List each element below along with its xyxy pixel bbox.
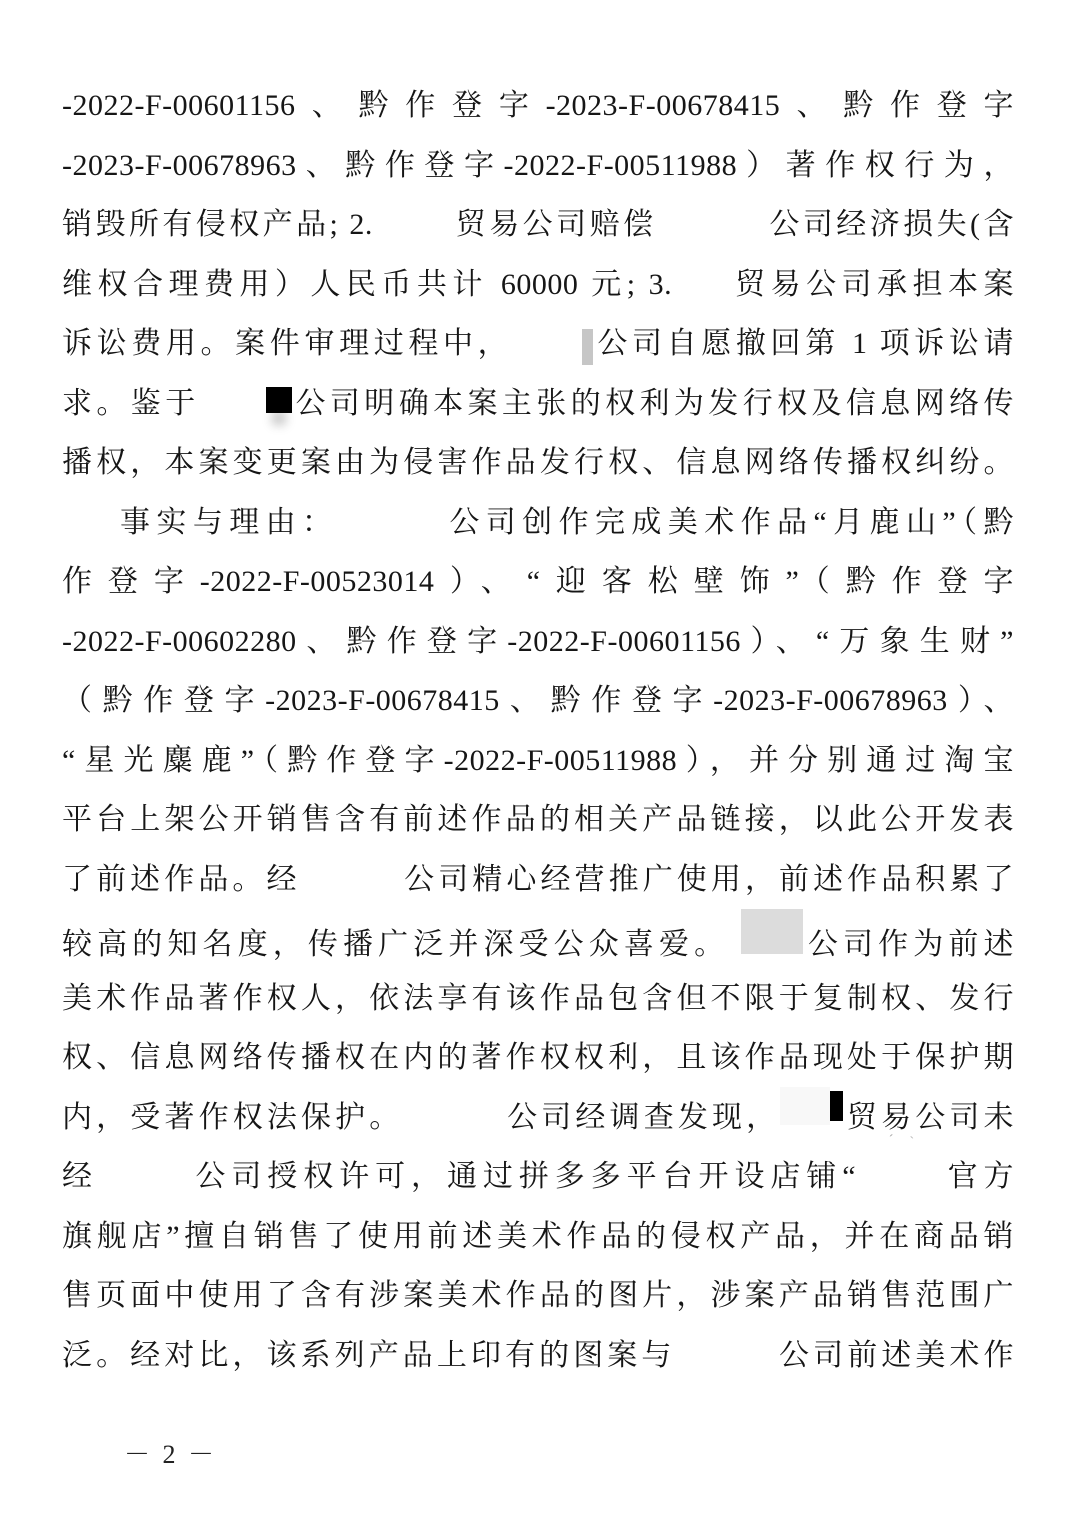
text-run: 维权合理费用）人民币共计 60000 元; 3. [62,268,672,301]
text-line: 权、信息网络传播权在内的著作权权利，且该作品现处于保护期 [62,1028,1014,1088]
text-line: 诉讼费用。案件审理过程中，公司自愿撤回第 1 项诉讼请 [62,314,1014,374]
text-run: 公司作为前述 [803,928,1014,961]
redacted-blank [656,228,766,234]
text-line: 维权合理费用）人民币共计 60000 元; 3.贸易公司承担本案 [62,255,1014,315]
text-run: 平台上架公开销售含有前述作品的相关产品链接，以此公开发表 [62,803,1014,836]
text-run: 内，受著作权法保护。 [62,1101,403,1134]
faint-marks-remnant [856,1180,942,1186]
text-run: 贸易公司承担本案 [730,268,1014,301]
redacted-blank [200,407,266,413]
text-run: 泛。经对比，该系列产品上印有的图案与 [62,1339,675,1372]
text-line: -2022-F-00602280、黔作登字-2022-F-00601156）、“… [62,612,1014,672]
text-line: （黔作登字-2023-F-00678415、黔作登字-2023-F-006789… [62,671,1014,731]
redacted-blank [338,526,443,532]
text-run: 公司创作完成美术作品“月鹿山”（黔 [443,506,1014,539]
text-run: 播权，本案变更案由为侵害作品发行权、信息网络传播权纠纷。 [62,446,1014,479]
page-number: － 2 － [124,1434,217,1471]
text-run: （黔作登字-2023-F-00678415、黔作登字-2023-F-006789… [62,684,1014,717]
text-line: 内，受著作权法保护。公司经调查发现，贸易公司未 [62,1088,1014,1148]
text-run: 贸易公司未 [843,1101,1014,1134]
text-run: -2022-F-00601156、黔作登字-2023-F-00678415、黔作… [62,89,1014,122]
text-line: 销毁所有侵权产品; 2.贸易公司赔偿公司经济损失(含 [62,195,1014,255]
text-run: 经 [62,1160,98,1193]
text-run: 公司经济损失(含 [766,208,1014,241]
text-run: 公司精心经营推广使用，前述作品积累了 [401,863,1014,896]
gray-redaction-mark [582,329,593,365]
document-lines: -2022-F-00601156、黔作登字-2023-F-00678415、黔作… [62,76,1014,1385]
text-run: 公司明确本案主张的权利为发行权及信息网络传 [292,387,1014,420]
text-run: 官方 [942,1160,1014,1193]
text-run: 了前述作品。经 [62,863,301,896]
redacted-blank [373,228,453,234]
text-run: 较高的知名度，传播广泛并深受公众喜爱。 [62,928,729,961]
text-line: 美术作品著作权人，依法享有该作品包含但不限于复制权、发行 [62,969,1014,1029]
text-run: -2023-F-00678963、黔作登字-2022-F-00511988）著作… [62,149,1014,182]
text-line: 较高的知名度，传播广泛并深受公众喜爱。公司作为前述 [62,909,1014,969]
text-line: 事实与理由：公司创作完成美术作品“月鹿山”（黔 [62,493,1014,553]
text-line: -2023-F-00678963、黔作登字-2022-F-00511988）著作… [62,136,1014,196]
black-redaction-mark [830,1091,843,1121]
text-line: 经公司授权许可，通过拼多多平台开设店铺“官方 [62,1147,1014,1207]
text-line: 旗舰店”擅自销售了使用前述美术作品的侵权产品，并在商品销 [62,1207,1014,1267]
redacted-blank [98,1180,190,1186]
black-redaction-mark [266,387,292,413]
gray-redaction-box [741,909,803,954]
redacted-blank [512,347,582,353]
text-run: 美术作品著作权人，依法享有该作品包含但不限于复制权、发行 [62,982,1014,1015]
text-run: 贸易公司赔偿 [453,208,657,241]
text-line: -2022-F-00601156、黔作登字-2023-F-00678415、黔作… [62,76,1014,136]
text-run: 销毁所有侵权产品; 2. [62,208,373,241]
text-run: 权、信息网络传播权在内的著作权权利，且该作品现处于保护期 [62,1041,1014,1074]
text-run: 售页面中使用了含有涉案美术作品的图片，涉案产品销售范围广 [62,1279,1014,1312]
text-run: 公司前述美术作 [775,1339,1014,1372]
text-line: 求。鉴于公司明确本案主张的权利为发行权及信息网络传 [62,374,1014,434]
redacted-blank [672,288,730,294]
text-run: 诉讼费用。案件审理过程中， [62,327,512,360]
text-run: -2022-F-00602280、黔作登字-2022-F-00601156）、“… [62,625,1014,658]
text-line: 播权，本案变更案由为侵害作品发行权、信息网络传播权纠纷。 [62,433,1014,493]
text-line: “星光麋鹿”（黔作登字-2022-F-00511988），并分别通过淘宝 [62,731,1014,791]
text-line: 平台上架公开销售含有前述作品的相关产品链接，以此公开发表 [62,790,1014,850]
text-line: 作登字-2022-F-00523014）、“迎客松壁饰”（黔作登字 [62,552,1014,612]
text-run: 旗舰店”擅自销售了使用前述美术作品的侵权产品，并在商品销 [62,1220,1014,1253]
text-run: 求。鉴于 [62,387,200,420]
scanned-document-page: -2022-F-00601156、黔作登字-2023-F-00678415、黔作… [0,0,1074,1520]
redacted-blank [403,1121,503,1127]
text-run: 公司经调查发现， [503,1101,780,1134]
faint-redaction-remnant [780,1087,830,1125]
redacted-blank [729,948,741,954]
text-run: “星光麋鹿”（黔作登字-2022-F-00511988），并分别通过淘宝 [62,744,1014,777]
text-run: 公司授权许可，通过拼多多平台开设店铺“ [190,1160,856,1193]
text-run: 公司自愿撤回第 1 项诉讼请 [593,327,1014,360]
text-line: 了前述作品。经公司精心经营推广使用，前述作品积累了 [62,850,1014,910]
text-run: 作登字-2022-F-00523014）、“迎客松壁饰”（黔作登字 [62,565,1014,598]
text-line: 泛。经对比，该系列产品上印有的图案与公司前述美术作 [62,1326,1014,1386]
redacted-blank [301,883,401,889]
redacted-blank [675,1359,775,1365]
text-line: 售页面中使用了含有涉案美术作品的图片，涉案产品销售范围广 [62,1266,1014,1326]
text-run: 事实与理由： [120,506,338,539]
